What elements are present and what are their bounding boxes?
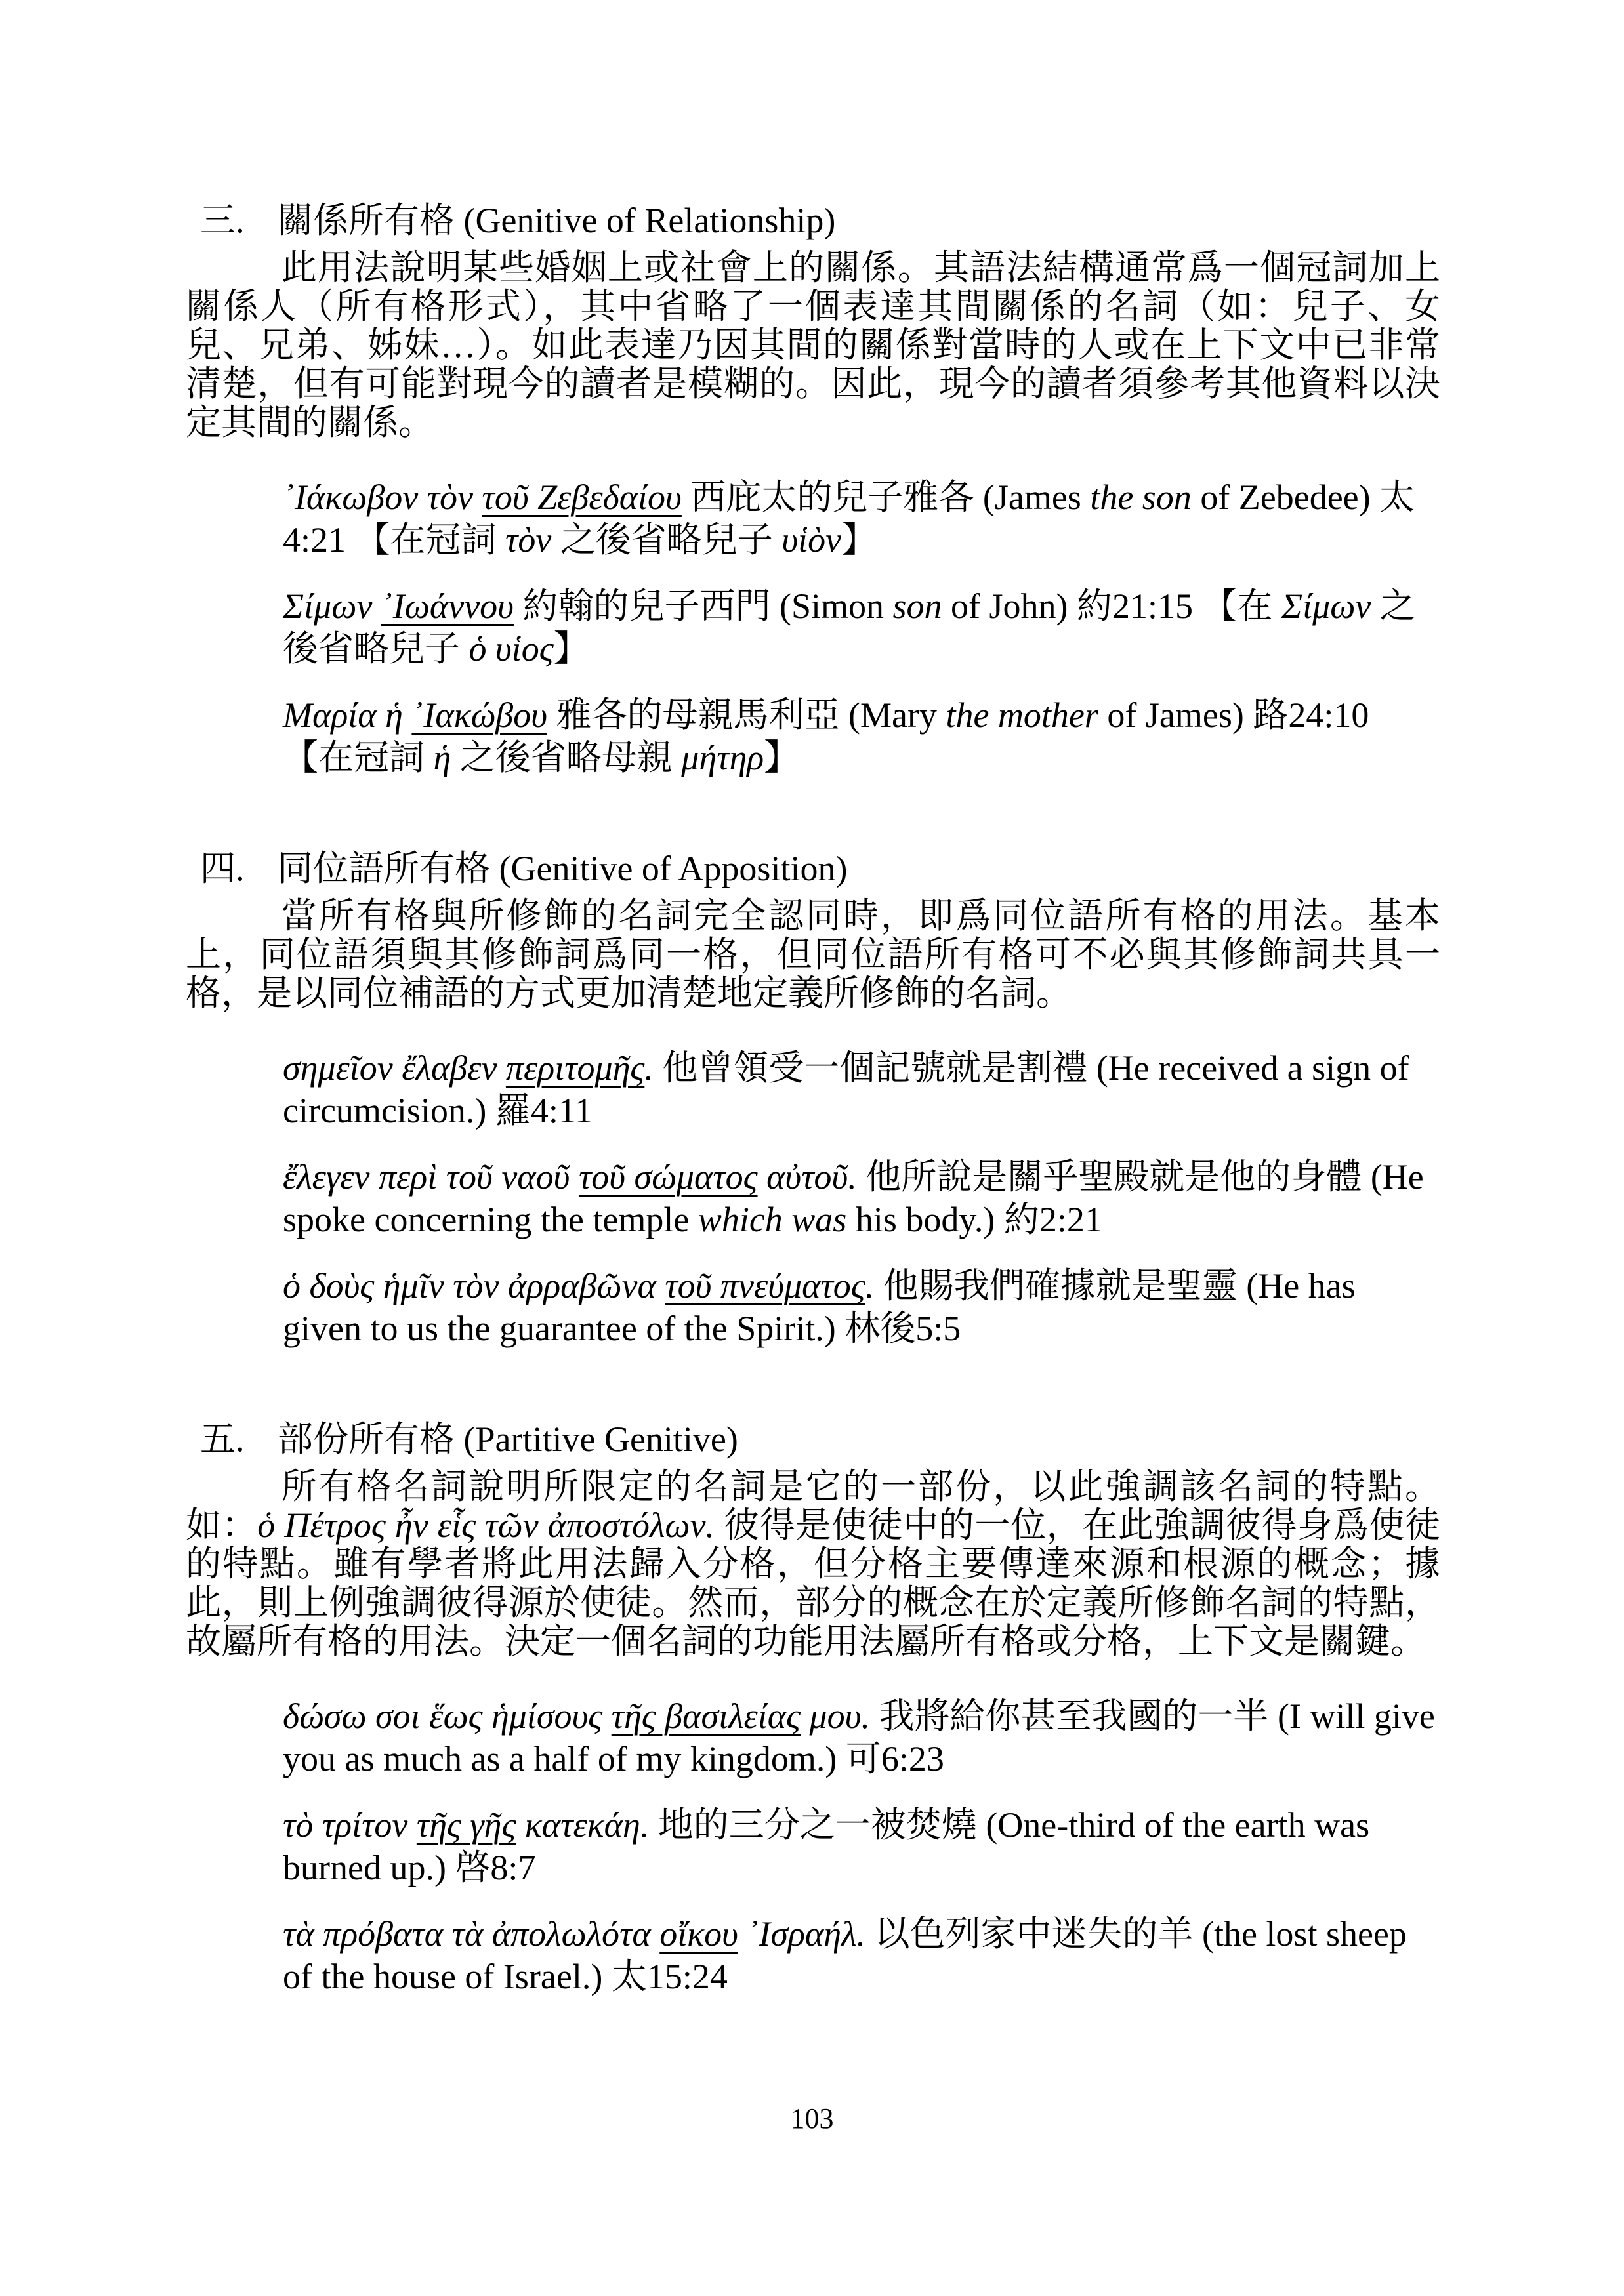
text-segment-gu: ᾿Ιακώβου [411,695,547,735]
text-segment-gu: τοῦ σώματος [579,1157,758,1197]
text-segment-e: of Zebedee) [1192,478,1379,517]
text-segment-e: his body.) [846,1200,1004,1239]
text-segment-g: ὁ δοὺς ἡμῖν τὸν ἀρραβῶνα [283,1266,665,1305]
text-segment-g: . [644,1048,654,1088]
text-segment-c: 當所有格與所修飾的名詞完全認同時，即爲同位語所有格的用法。基本上，同位語須與其修… [186,896,1440,1013]
section-heading: 三.關係所有格 (Genitive of Relationship) [186,200,1440,241]
text-segment-g: . [865,1266,875,1305]
text-segment-ei: the mother [946,695,1098,735]
text-segment-c: 他曾領受一個記號就是割禮 [654,1048,1096,1088]
section-number: 三. [200,200,278,241]
text-segment-e: (James [983,478,1090,517]
text-segment-g: Σίμων [283,586,381,626]
example-item: ἔλεγεν περὶ τοῦ ναοῦ τοῦ σώματος αὐτοῦ. … [283,1156,1440,1241]
text-segment-g: ὁ υἱος [469,629,554,668]
text-segment-g: ἔλεγεν περὶ τοῦ ναοῦ [283,1157,579,1197]
text-segment-c: 他所說是關乎聖殿就是他的身體 [857,1157,1371,1197]
text-segment-g: τὰ πρόβατα τὰ ἀπολωλότα [283,1914,659,1954]
text-segment-c: 】 [841,520,877,560]
text-segment-g: δώσω σοι ἕως ἡμίσους [283,1696,612,1736]
example-list: ᾿Ιάκωβον τὸν τοῦ Ζεβεδαίου 西庇太的兒子雅各 (Jam… [283,476,1440,779]
text-segment-c: 羅4:11 [495,1091,593,1130]
example-item: Μαρία ἡ ᾿Ιακώβου 雅各的母親馬利亞 (Mary the moth… [283,694,1440,779]
text-segment-gu: τοῦ Ζεβεδαίου [482,478,682,517]
section-title-en: (Partitive Genitive) [455,1420,738,1459]
section-title-en: (Genitive of Relationship) [455,201,835,240]
text-segment-ei: son [893,586,942,626]
example-list: δώσω σοι ἕως ἡμίσους τῆς βασιλείας μου. … [283,1695,1440,1998]
text-segment-g: τὸ τρίτον [283,1805,417,1845]
example-item: τὰ πρόβατα τὰ ἀπολωλότα οἴκου ᾿Ισραήλ. 以… [283,1913,1440,1998]
section-title-en: (Genitive of Apposition) [490,849,847,888]
example-item: ᾿Ιάκωβον τὸν τοῦ Ζεβεδαίου 西庇太的兒子雅各 (Jam… [283,476,1440,562]
example-list: σημεῖον ἔλαβεν περιτομῆς. 他曾領受一個記號就是割禮 (… [283,1047,1440,1350]
section-number: 五. [200,1419,278,1460]
text-segment-c: 約2:21 [1004,1200,1102,1239]
text-segment-c: 之後省略母親 [451,738,681,777]
text-segment-c: 太15:24 [612,1957,728,1996]
text-segment-c: 地的三分之一被焚燒 [649,1805,986,1845]
text-segment-c: 雅各的母親馬利亞 [547,695,848,735]
text-segment-gu: τῆς βασιλείας [612,1696,801,1736]
text-segment-g: τὸν [505,520,551,560]
text-segment-e: of James) [1098,695,1253,735]
text-segment-g: μου. [801,1696,870,1736]
section-genitive-of-relationship: 三.關係所有格 (Genitive of Relationship) 此用法說明… [186,200,1440,779]
text-segment-c: 西庇太的兒子雅各 [682,478,983,517]
text-segment-g: αὐτοῦ. [758,1157,857,1197]
text-segment-c: 林後5:5 [844,1309,961,1348]
document-page: 三.關係所有格 (Genitive of Relationship) 此用法說明… [0,0,1624,2296]
text-segment-ei: the son [1090,478,1192,517]
page-number: 103 [0,2102,1624,2135]
text-segment-e: (Mary [848,695,946,735]
section-partitive-genitive: 五.部份所有格 (Partitive Genitive) 所有格名詞說明所限定的… [186,1419,1440,1998]
text-segment-g: υἱὸν [781,520,841,560]
example-item: τὸ τρίτον τῆς γῆς κατεκάη. 地的三分之一被焚燒 (On… [283,1804,1440,1889]
section-title-cjk: 關係所有格 [278,201,455,240]
text-segment-g: μήτηρ [681,738,764,777]
text-segment-c: 約21:15 【在 [1077,586,1281,626]
section-paragraph: 所有格名詞說明所限定的名詞是它的一部份，以此強調該名詞的特點。如：ὁ Πέτρο… [186,1467,1440,1661]
text-segment-g: σημεῖον ἔλαβεν [283,1048,506,1088]
text-segment-c: 我將給你甚至我國的一半 [870,1696,1278,1736]
text-segment-c: 啓8:7 [455,1848,535,1887]
text-segment-gu: περιτομῆς [506,1048,644,1088]
text-segment-e: (Simon [780,586,893,626]
section-paragraph: 此用法說明某些婚姻上或社會上的關係。其語法結構通常爲一個冠詞加上關係人（所有格形… [186,249,1440,442]
text-segment-c: 】 [554,629,589,668]
section-paragraph: 當所有格與所修飾的名詞完全認同時，即爲同位語所有格的用法。基本上，同位語須與其修… [186,897,1440,1013]
text-segment-g: Μαρία ἡ [283,695,411,735]
example-item: δώσω σοι ἕως ἡμίσους τῆς βασιλείας μου. … [283,1695,1440,1780]
section-number: 四. [200,848,278,889]
text-segment-g: ᾿Ισραήλ. [738,1914,865,1954]
example-item: ὁ δοὺς ἡμῖν τὸν ἀρραβῶνα τοῦ πνεύματος. … [283,1265,1440,1350]
text-segment-c: 約翰的兒子西門 [514,586,780,626]
text-segment-g: ἡ [434,738,451,777]
text-segment-gu: τοῦ πνεύματος [665,1266,865,1305]
text-segment-c: 可6:23 [846,1739,944,1778]
text-segment-c: 以色列家中迷失的羊 [865,1914,1202,1954]
text-segment-gu: τῆς γῆς [417,1805,516,1845]
text-segment-c: 之後省略兒子 [551,520,781,560]
text-segment-g: ᾿Ιάκωβον τὸν [283,478,482,517]
text-segment-gu: ᾿Ιωάννου [381,586,514,626]
section-title-cjk: 部份所有格 [278,1420,455,1459]
example-item: σημεῖον ἔλαβεν περιτομῆς. 他曾領受一個記號就是割禮 (… [283,1047,1440,1132]
text-segment-e: of John) [942,586,1077,626]
text-segment-ei: which was [698,1200,847,1239]
section-heading: 四.同位語所有格 (Genitive of Apposition) [186,848,1440,889]
example-item: Σίμων ᾿Ιωάννου 約翰的兒子西門 (Simon son of Joh… [283,585,1440,670]
section-title-cjk: 同位語所有格 [278,849,490,888]
text-segment-gu: οἴκου [659,1914,738,1954]
text-segment-c: 】 [764,738,799,777]
text-segment-c: 他賜我們確據就是聖靈 [874,1266,1246,1305]
section-genitive-of-apposition: 四.同位語所有格 (Genitive of Apposition) 當所有格與所… [186,848,1440,1350]
text-segment-g: κατεκάη. [516,1805,649,1845]
text-segment-g: ὁ Πέτρος ἦν εἷς τῶν ἀποστόλων. [257,1506,715,1545]
text-segment-g: Σίμων [1281,586,1371,626]
text-segment-c: 此用法說明某些婚姻上或社會上的關係。其語法結構通常爲一個冠詞加上關係人（所有格形… [186,248,1440,442]
section-heading: 五.部份所有格 (Partitive Genitive) [186,1419,1440,1460]
